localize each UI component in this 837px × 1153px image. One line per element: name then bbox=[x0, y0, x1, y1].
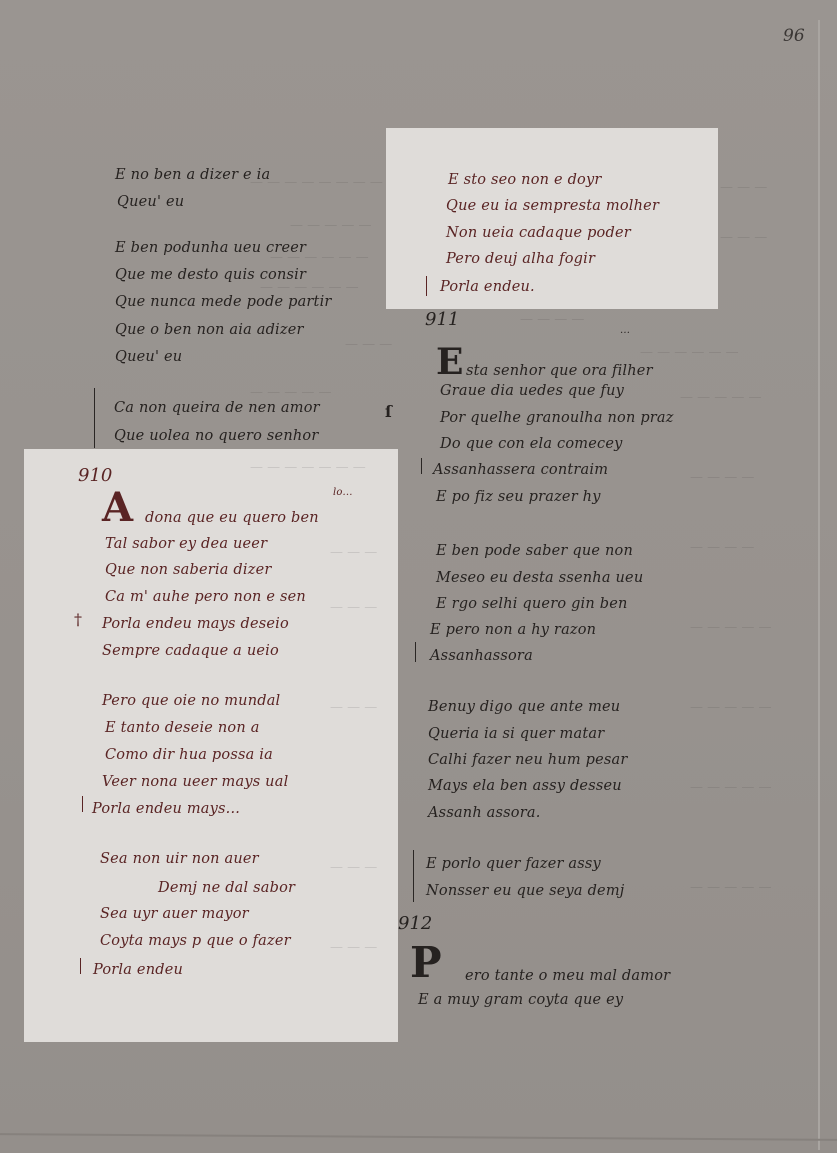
verse-line: Que o ben non aia adizer bbox=[115, 322, 304, 338]
verse-line: Do que con ela comecey bbox=[440, 436, 623, 452]
bleed-through-text: — — — — — — bbox=[640, 345, 739, 360]
verse-line: Queu' eu bbox=[115, 349, 182, 365]
poem-number: 910 bbox=[78, 465, 112, 486]
margin-cross-mark: † bbox=[74, 610, 82, 629]
bleed-through-text: — — — bbox=[330, 600, 377, 615]
manuscript-page: 96 — — — — — — — — — — — — — — — — — — —… bbox=[0, 0, 837, 1153]
verse-line: Pero que oie no mundal bbox=[102, 693, 280, 709]
margin-bracket bbox=[415, 642, 420, 662]
verse-line: Graue dia uedes que fuy bbox=[440, 383, 624, 399]
bleed-through-text: — — — bbox=[345, 337, 392, 352]
decorated-initial: P bbox=[410, 942, 442, 984]
poem-number: 912 bbox=[398, 913, 432, 934]
decorated-initial: A bbox=[102, 488, 133, 528]
margin-bracket bbox=[426, 276, 431, 296]
verse-line: Tal sabor ey dea ueer bbox=[105, 536, 267, 552]
verse-line: Ca non queira de nen amor bbox=[114, 400, 320, 416]
verse-line: Sempre cadaque a ueio bbox=[102, 643, 279, 659]
verse-line: E ben podunha ueu creer bbox=[115, 240, 306, 256]
verse-line: Benuy digo que ante meu bbox=[428, 699, 620, 715]
margin-bracket bbox=[82, 796, 87, 812]
verse-line: E po fiz seu prazer hy bbox=[436, 489, 601, 505]
highlight-region-top-right bbox=[386, 128, 718, 309]
bleed-through-text: — — — — — — — bbox=[250, 460, 366, 475]
verse-line: Non ueia cadaque poder bbox=[446, 225, 631, 241]
margin-bracket bbox=[94, 388, 99, 448]
margin-annotation: lo... bbox=[333, 487, 353, 498]
verse-line: Sea non uir non auer bbox=[100, 851, 259, 867]
bleed-through-text: — — — — bbox=[690, 470, 754, 485]
verse-line: ero tante o meu mal damor bbox=[465, 968, 670, 984]
bleed-through-text: — — — — bbox=[690, 540, 754, 555]
folio-number: 96 bbox=[783, 26, 805, 46]
margin-bracket bbox=[421, 458, 426, 474]
verse-line: Sea uyr auer mayor bbox=[100, 906, 249, 922]
verse-line: Ca m' auhe pero non e sen bbox=[105, 589, 306, 605]
verse-line: Nonsser eu que seya demj bbox=[426, 883, 624, 899]
bleed-through-text: — — — bbox=[330, 700, 377, 715]
verse-line: Que nunca mede pode partir bbox=[115, 294, 332, 310]
verse-line: E tanto deseie non a bbox=[105, 720, 260, 736]
verse-line: E porlo quer fazer assy bbox=[426, 856, 601, 872]
verse-line: Veer nona ueer mays ual bbox=[102, 774, 288, 790]
bleed-through-text: — — — bbox=[720, 230, 767, 245]
verse-line: dona que eu quero ben bbox=[145, 510, 319, 526]
poem-number: 911 bbox=[425, 309, 459, 330]
page-edge-bottom bbox=[0, 1133, 837, 1141]
verse-line: Assanh assora. bbox=[428, 805, 541, 821]
verse-line: E rgo selhi quero gin ben bbox=[436, 596, 628, 612]
bleed-through-text: — — — — — bbox=[250, 385, 332, 400]
margin-mark: ſ bbox=[385, 402, 392, 421]
verse-line: E pero non a hy razon bbox=[430, 622, 596, 638]
verse-line: Calhi fazer neu hum pesar bbox=[428, 752, 628, 768]
margin-annotation: ... bbox=[620, 325, 630, 336]
bleed-through-text: — — — — — bbox=[690, 780, 772, 795]
verse-line: Meseo eu desta ssenha ueu bbox=[436, 570, 643, 586]
bleed-through-text: — — — — — bbox=[690, 880, 772, 895]
decorated-initial: E bbox=[436, 344, 463, 380]
verse-line: Porla endeu bbox=[93, 962, 183, 978]
verse-line: Coyta mays p que o fazer bbox=[100, 933, 291, 949]
bleed-through-text: — — — — — bbox=[290, 218, 372, 233]
page-edge-right bbox=[818, 20, 820, 1150]
verse-line: Queu' eu bbox=[117, 194, 184, 210]
verse-line: Assanhassora bbox=[430, 648, 533, 664]
verse-line: Porla endeu mays deseio bbox=[102, 616, 289, 632]
bleed-through-text: — — — — — bbox=[690, 700, 772, 715]
verse-line: Que non saberia dizer bbox=[105, 562, 271, 578]
verse-line: E sto seo non e doyr bbox=[448, 172, 602, 188]
bleed-through-text: — — — bbox=[720, 180, 767, 195]
verse-line: Que uolea no quero senhor bbox=[114, 428, 318, 444]
verse-line: sta senhor que ora filher bbox=[466, 363, 653, 379]
verse-line: Queria ia si quer matar bbox=[428, 726, 604, 742]
verse-line: Demj ne dal sabor bbox=[158, 880, 295, 896]
verse-line: Como dir hua possa ia bbox=[105, 747, 273, 763]
verse-line: Pero deuj alha fogir bbox=[446, 251, 595, 267]
bleed-through-text: — — — — bbox=[520, 312, 584, 327]
verse-line: Porla endeu mays... bbox=[92, 801, 240, 817]
verse-line: Que me desto quis consir bbox=[115, 267, 306, 283]
margin-bracket bbox=[80, 958, 85, 974]
verse-line: Porla endeu. bbox=[440, 279, 535, 295]
margin-bracket bbox=[413, 850, 418, 902]
bleed-through-text: — — — — — bbox=[680, 390, 762, 405]
verse-line: Assanhassera contraim bbox=[433, 462, 608, 478]
bleed-through-text: — — — bbox=[330, 545, 377, 560]
verse-line: Por quelhe granoulha non praz bbox=[440, 410, 674, 426]
verse-line: E a muy gram coyta que ey bbox=[418, 992, 623, 1008]
verse-line: E no ben a dizer e ia bbox=[115, 167, 270, 183]
verse-line: Mays ela ben assy desseu bbox=[428, 778, 622, 794]
verse-line: E ben pode saber que non bbox=[436, 543, 633, 559]
bleed-through-text: — — — bbox=[330, 860, 377, 875]
bleed-through-text: — — — — — bbox=[690, 620, 772, 635]
verse-line: Que eu ia sempresta molher bbox=[446, 198, 659, 214]
bleed-through-text: — — — bbox=[330, 940, 377, 955]
